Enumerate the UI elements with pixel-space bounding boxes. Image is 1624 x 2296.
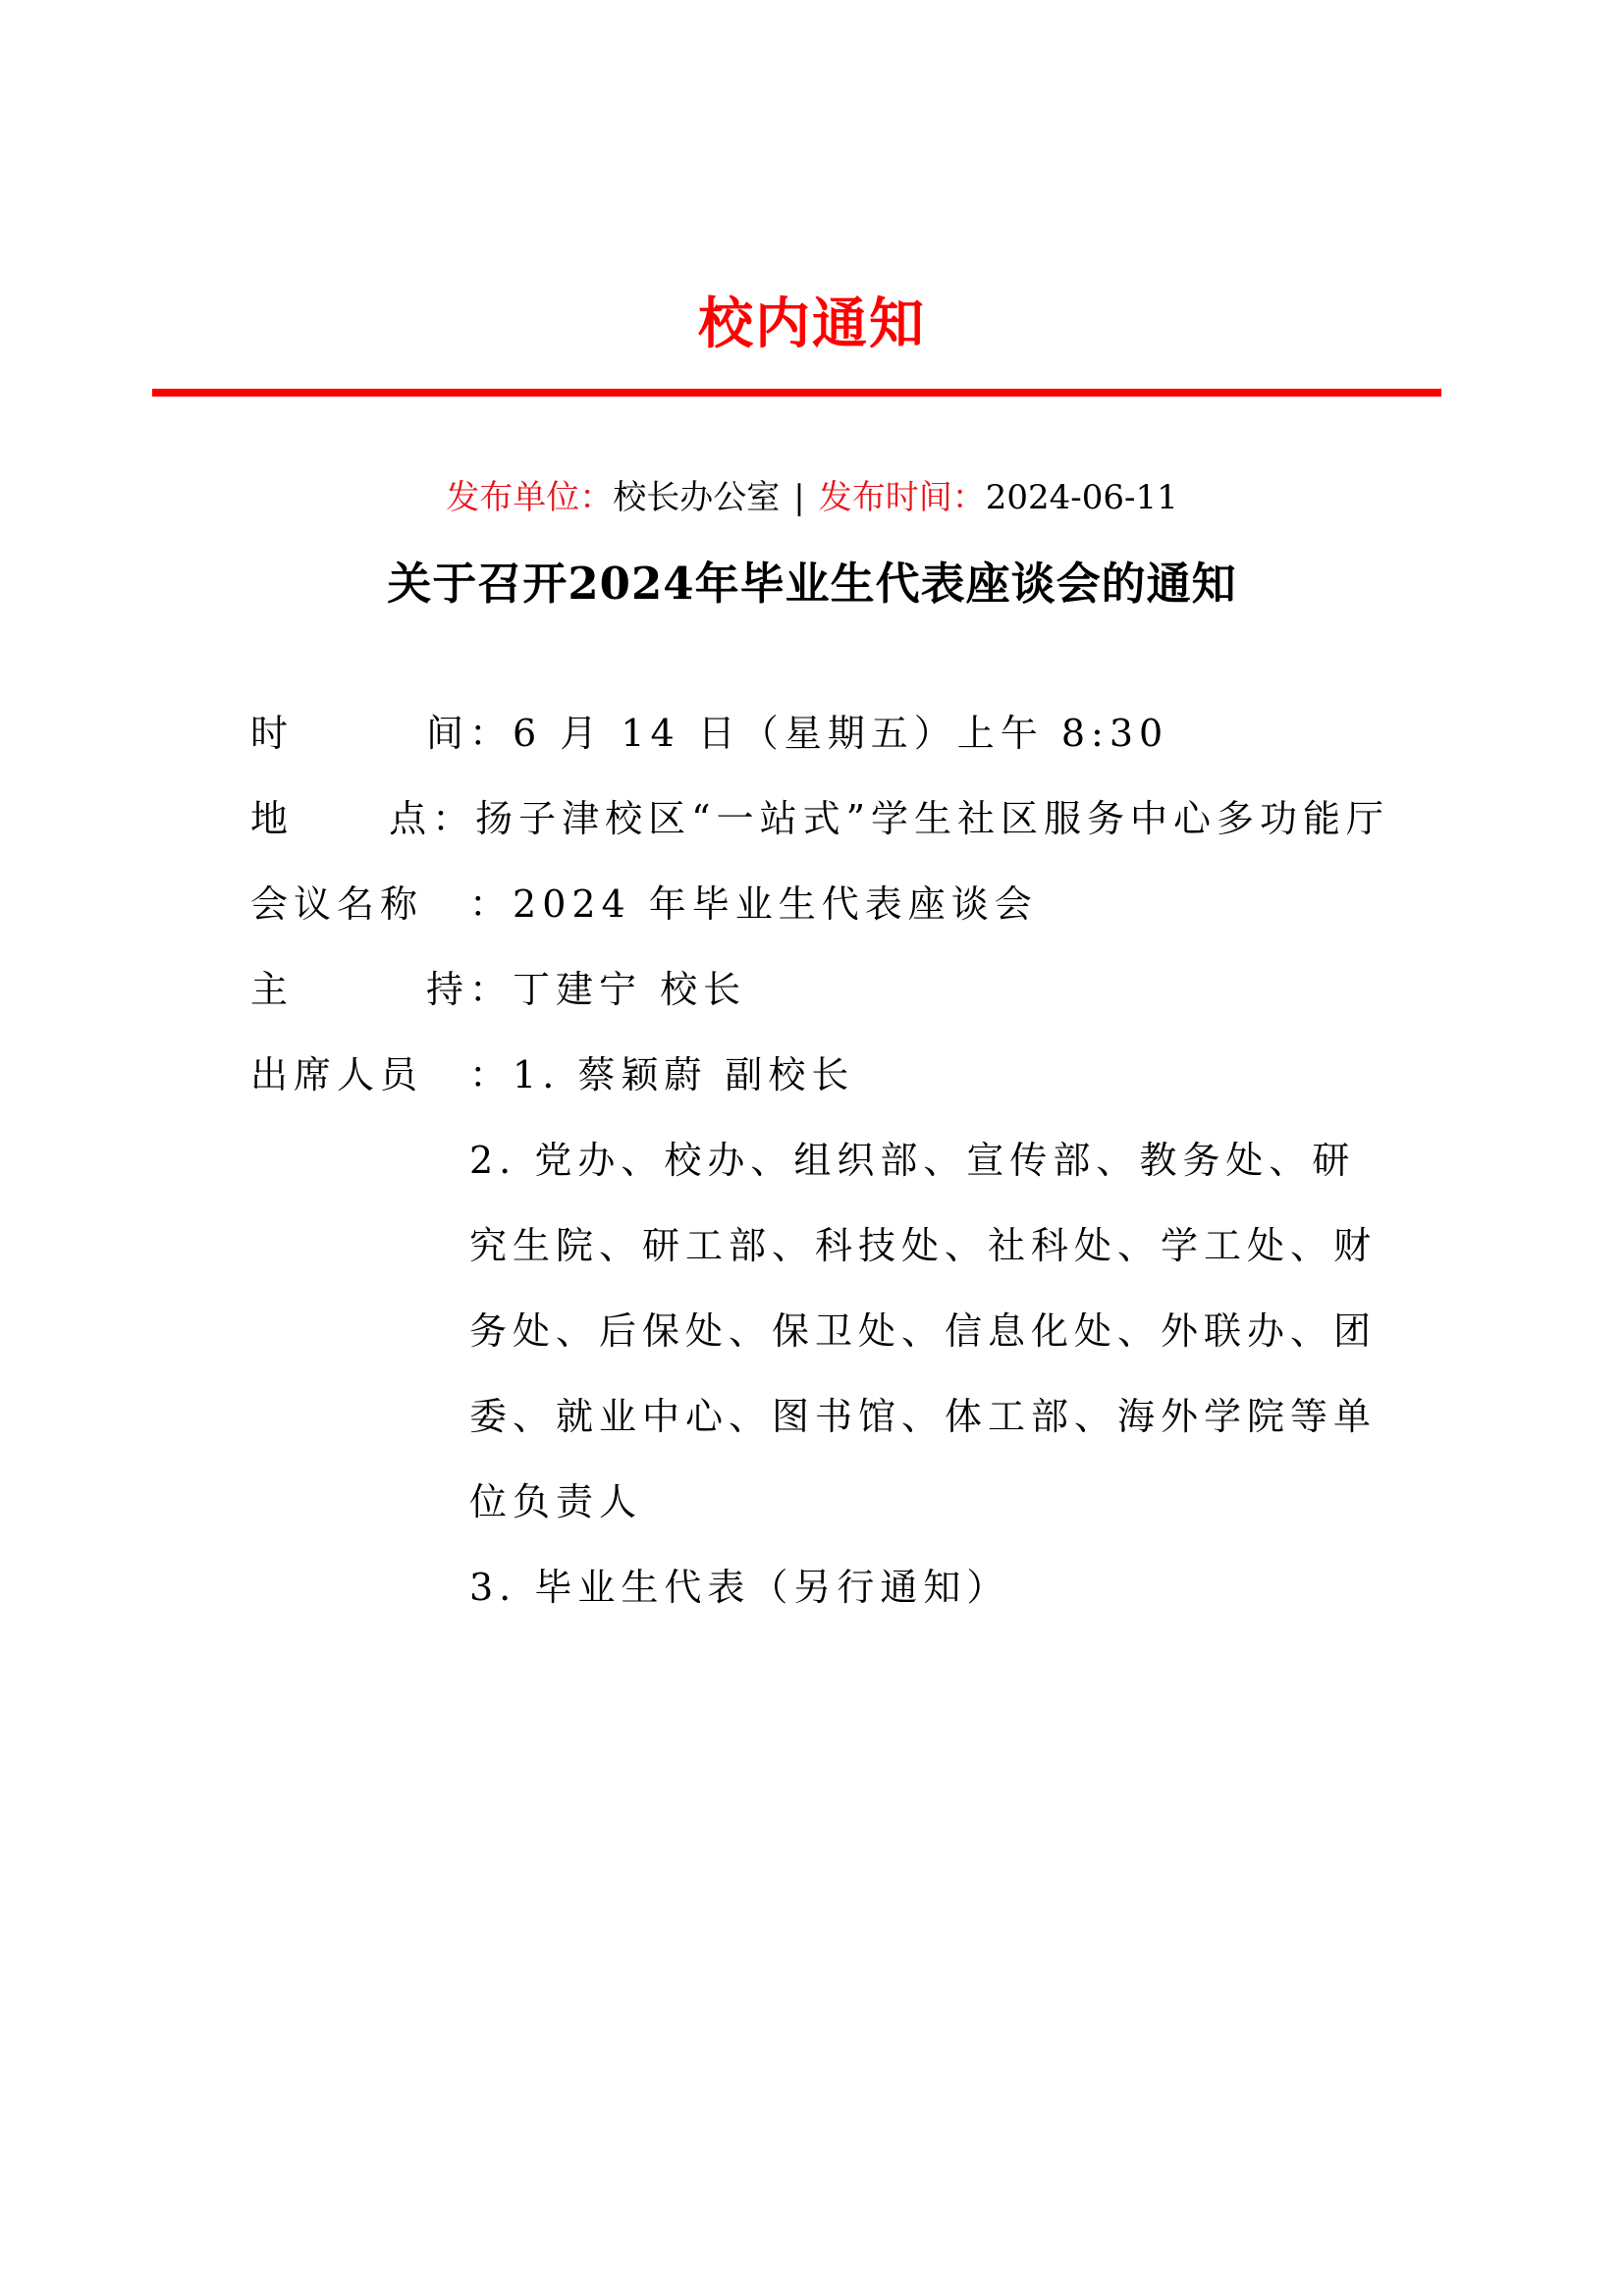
colon: ：: [469, 1053, 513, 1096]
field-value: ：2024 年毕业生代表座谈会: [469, 874, 1038, 928]
field-value: ：扬子津校区“一站式”学生社区服务中心多功能厅: [432, 788, 1389, 842]
field-time: 时 间 ：6 月 14 日（星期五）上午 8:30: [250, 687, 1389, 773]
meta-separator: |: [793, 478, 804, 517]
masthead-title: 校内通知: [0, 291, 1624, 359]
attendee-line: 究生院、研工部、科技处、社科处、学工处、财: [250, 1200, 1389, 1285]
date-label: 发布时间：: [819, 478, 986, 517]
date-value: 2024-06-11: [986, 478, 1178, 517]
label-char: 时: [250, 703, 294, 757]
field-label: 时 间: [250, 703, 469, 757]
publisher-label: 发布单位：: [446, 478, 613, 517]
field-label: 会议名称: [250, 874, 469, 928]
notice-headline: 关于召开2024年毕业生代表座谈会的通知: [0, 552, 1624, 616]
attendee-line: 3. 毕业生代表（另行通知）: [250, 1541, 1389, 1627]
attendee-line: 2. 党办、校办、组织部、宣传部、教务处、研: [250, 1114, 1389, 1200]
colon: ：: [432, 797, 475, 840]
host-value: 丁建宁 校长: [513, 968, 746, 1011]
meeting-name-value: 2024 年毕业生代表座谈会: [513, 882, 1038, 926]
colon: ：: [469, 712, 513, 755]
colon: ：: [469, 968, 513, 1011]
label-char: 点: [389, 788, 432, 842]
attendee-line: 委、就业中心、图书馆、体工部、海外学院等单: [250, 1370, 1389, 1456]
field-value: ：1. 蔡颖蔚 副校长: [469, 1044, 854, 1098]
label-char: 地: [250, 788, 294, 842]
red-divider: [152, 389, 1441, 397]
label-char: 间: [426, 703, 469, 757]
label-char: 主: [250, 959, 294, 1013]
field-value: ：6 月 14 日（星期五）上午 8:30: [469, 703, 1168, 757]
publisher-value: 校长办公室: [613, 478, 780, 517]
field-label: 主 持: [250, 959, 469, 1013]
field-meeting-name: 会议名称 ：2024 年毕业生代表座谈会: [250, 858, 1389, 943]
field-value: ：丁建宁 校长: [469, 959, 746, 1013]
colon: ：: [469, 882, 513, 926]
publish-meta: 发布单位：校长办公室|发布时间：2024-06-11: [0, 473, 1624, 522]
field-label: 地 点: [250, 788, 432, 842]
field-location: 地 点 ：扬子津校区“一站式”学生社区服务中心多功能厅: [250, 773, 1389, 858]
field-host: 主 持 ：丁建宁 校长: [250, 943, 1389, 1029]
attendee-line: 位负责人: [250, 1456, 1389, 1541]
attendee-line: 1. 蔡颖蔚 副校长: [513, 1053, 854, 1096]
notice-body: 时 间 ：6 月 14 日（星期五）上午 8:30 地 点 ：扬子津校区“一站式…: [250, 687, 1389, 1627]
label-char: 持: [426, 959, 469, 1013]
field-attendees: 出席人员 ：1. 蔡颖蔚 副校长: [250, 1029, 1389, 1114]
location-value: 扬子津校区“一站式”学生社区服务中心多功能厅: [475, 797, 1389, 840]
time-value: 6 月 14 日（星期五）上午 8:30: [513, 712, 1168, 755]
attendee-line: 务处、后保处、保卫处、信息化处、外联办、团: [250, 1285, 1389, 1370]
field-label: 出席人员: [250, 1044, 469, 1098]
